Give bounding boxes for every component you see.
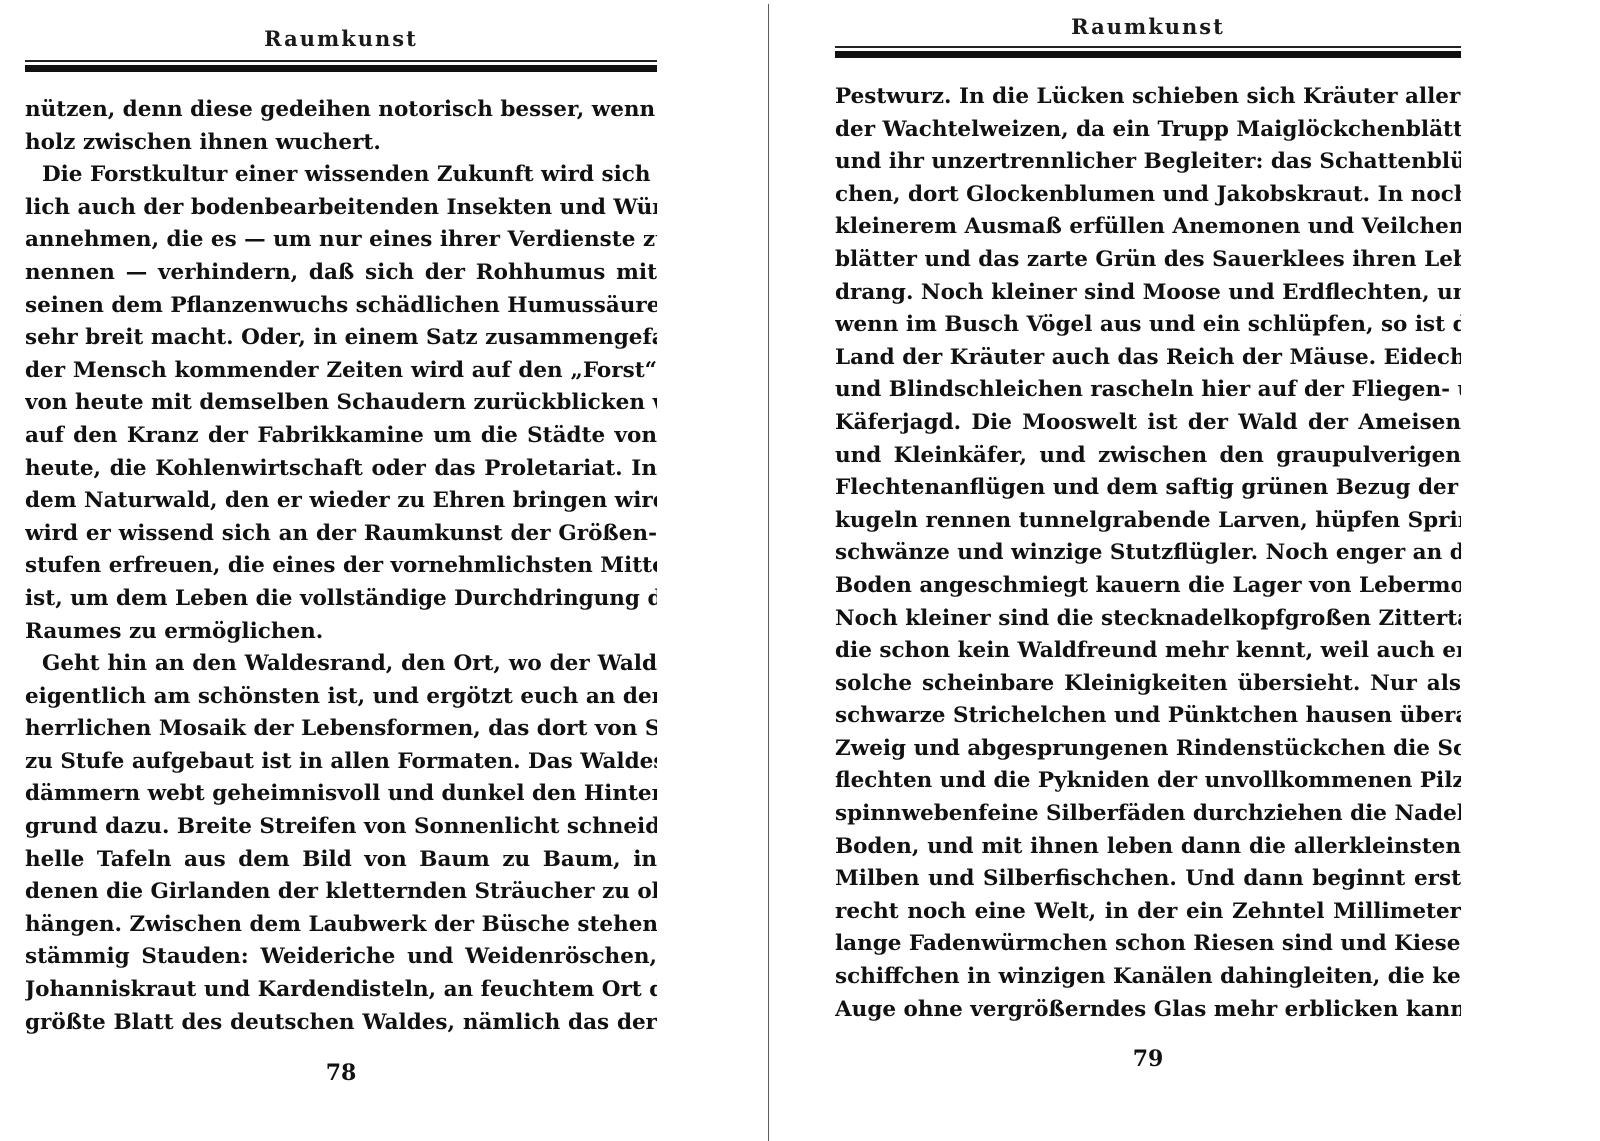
text-line: flechten und die Pykniden der unvollkomm… (835, 765, 1461, 798)
text-line: spinnwebenfeine Silberfäden durchziehen … (835, 798, 1461, 831)
text-line: größte Blatt des deutschen Waldes, nämli… (25, 1007, 657, 1040)
header-rule-thick (835, 51, 1461, 58)
text-line: chen, dort Glockenblumen und Jakobskraut… (835, 179, 1461, 212)
page-number: 78 (25, 1060, 657, 1086)
text-line: Pestwurz. In die Lücken schieben sich Kr… (835, 81, 1461, 114)
body-text: Pestwurz. In die Lücken schieben sich Kr… (835, 81, 1461, 1026)
text-line: blätter und das zarte Grün des Sauerklee… (835, 244, 1461, 277)
text-line: kleinerem Ausmaß erfüllen Anemonen und V… (835, 211, 1461, 244)
text-line: kugeln rennen tunnelgrabende Larven, hüp… (835, 505, 1461, 538)
gutter-line (768, 4, 769, 1141)
text-line: Raumes zu ermöglichen. (25, 616, 657, 649)
text-line: die schon kein Waldfreund mehr kennt, we… (835, 635, 1461, 668)
text-line: eigentlich am schönsten ist, und ergötzt… (25, 681, 657, 714)
text-line: und Blindschleichen rascheln hier auf de… (835, 374, 1461, 407)
text-line: hängen. Zwischen dem Laubwerk der Büsche… (25, 909, 657, 942)
text-line: Geht hin an den Waldesrand, den Ort, wo … (25, 648, 657, 681)
text-line: Noch kleiner sind die stecknadelkopfgroß… (835, 603, 1461, 636)
header-rule-thin (835, 46, 1461, 48)
text-line: drang. Noch kleiner sind Moose und Erdfl… (835, 277, 1461, 310)
text-line: holz zwischen ihnen wuchert. (25, 127, 657, 160)
text-line: nennen — verhindern, daß sich der Rohhum… (25, 257, 657, 290)
text-line: schwänze und winzige Stutzflügler. Noch … (835, 537, 1461, 570)
text-line: der Wachtelweizen, da ein Trupp Maiglöck… (835, 114, 1461, 147)
running-head: Raumkunst (25, 26, 657, 51)
text-line: Johanniskraut und Kardendisteln, an feuc… (25, 974, 657, 1007)
text-line: Käferjagd. Die Mooswelt ist der Wald der… (835, 407, 1461, 440)
text-line: lich auch der bodenbearbeitenden Insekte… (25, 192, 657, 225)
header-rule-thick (25, 65, 657, 72)
text-line: Flechtenanflügen und dem saftig grünen B… (835, 472, 1461, 505)
text-line: recht noch eine Welt, in der ein Zehntel… (835, 896, 1461, 929)
text-line: dämmern webt geheimnisvoll und dunkel de… (25, 778, 657, 811)
running-head: Raumkunst (835, 14, 1461, 39)
text-line: annehmen, die es — um nur eines ihrer Ve… (25, 224, 657, 257)
body-text: nützen, denn diese gedeihen notorisch be… (25, 94, 657, 1039)
text-line: Land der Kräuter auch das Reich der Mäus… (835, 342, 1461, 375)
text-line: auf den Kranz der Fabrikkamine um die St… (25, 420, 657, 453)
text-line: lange Fadenwürmchen schon Riesen sind un… (835, 928, 1461, 961)
text-line: heute, die Kohlenwirtschaft oder das Pro… (25, 453, 657, 486)
text-line: ist, um dem Leben die vollständige Durch… (25, 583, 657, 616)
text-line: wenn im Busch Vögel aus und ein schlüpfe… (835, 309, 1461, 342)
text-line: Die Forstkultur einer wissenden Zukunft … (25, 159, 657, 192)
right-page: Raumkunst Pestwurz. In die Lücken schieb… (835, 0, 1461, 1141)
text-line: Boden angeschmiegt kauern die Lager von … (835, 570, 1461, 603)
text-line: wird er wissend sich an der Raumkunst de… (25, 518, 657, 551)
text-line: und ihr unzertrennlicher Begleiter: das … (835, 146, 1461, 179)
text-line: von heute mit demselben Schaudern zurück… (25, 387, 657, 420)
text-line: seinen dem Pflanzenwuchs schädlichen Hum… (25, 290, 657, 323)
text-line: sehr breit macht. Oder, in einem Satz zu… (25, 322, 657, 355)
text-line: zu Stufe aufgebaut ist in allen Formaten… (25, 746, 657, 779)
text-line: denen die Girlanden der kletternden Strä… (25, 876, 657, 909)
text-line: dem Naturwald, den er wieder zu Ehren br… (25, 485, 657, 518)
header-double-rule (835, 46, 1461, 60)
left-page: Raumkunst nützen, denn diese gedeihen no… (25, 0, 657, 1141)
text-line: grund dazu. Breite Streifen von Sonnenli… (25, 811, 657, 844)
text-line: schwarze Strichelchen und Pünktchen haus… (835, 700, 1461, 733)
text-line: der Mensch kommender Zeiten wird auf den… (25, 355, 657, 388)
text-line: und Kleinkäfer, und zwischen den graupul… (835, 440, 1461, 473)
header-double-rule (25, 60, 657, 74)
text-line: Zweig und abgesprungenen Rindenstückchen… (835, 733, 1461, 766)
text-line: solche scheinbare Kleinigkeiten übersieh… (835, 668, 1461, 701)
text-line: Milben und Silberfischchen. Und dann beg… (835, 863, 1461, 896)
header-rule-thin (25, 60, 657, 62)
text-line: herrlichen Mosaik der Lebensformen, das … (25, 713, 657, 746)
page-number: 79 (835, 1046, 1461, 1072)
text-line: helle Tafeln aus dem Bild von Baum zu Ba… (25, 844, 657, 877)
text-line: schiffchen in winzigen Kanälen dahinglei… (835, 961, 1461, 994)
text-line: stufen erfreuen, die eines der vornehmli… (25, 550, 657, 583)
text-line: stämmig Stauden: Weideriche und Weidenrö… (25, 941, 657, 974)
text-line: nützen, denn diese gedeihen notorisch be… (25, 94, 657, 127)
text-line: Auge ohne vergrößerndes Glas mehr erblic… (835, 994, 1461, 1027)
text-line: Boden, und mit ihnen leben dann die alle… (835, 831, 1461, 864)
